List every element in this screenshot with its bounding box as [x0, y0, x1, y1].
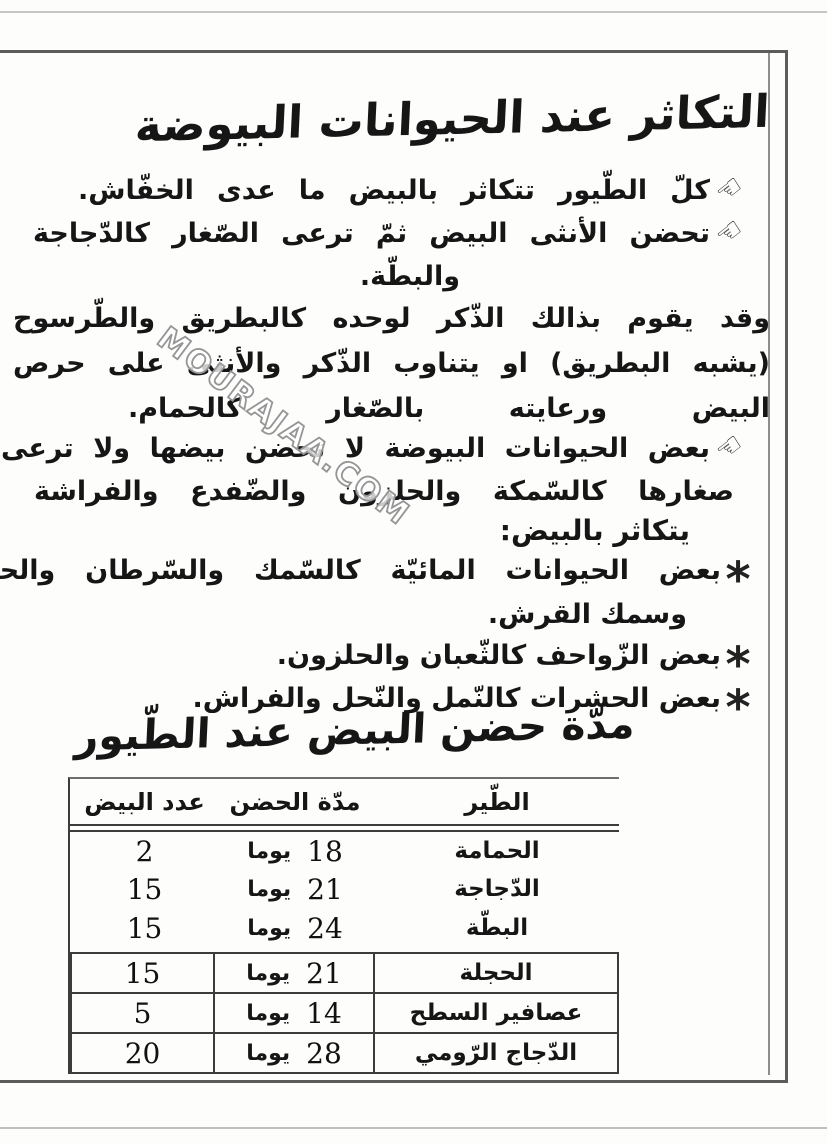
egg-count-value: 2 [136, 835, 154, 868]
asterisk-bullet-icon: * [721, 562, 755, 598]
duration-value: 18 [307, 835, 343, 868]
incubation-table: الطّير مدّة الحضن عدد البيض الحمامة 18 ي… [68, 777, 619, 1074]
paragraph-male-line1: وقد يقوم بذالك الذّكر لوحده كالبطريق وال… [13, 301, 770, 337]
cell-egg-count: 15 [72, 954, 213, 992]
egg-count-value: 5 [134, 997, 152, 1030]
cell-egg-count: 2 [74, 832, 215, 870]
cell-duration: 14 يوما [213, 994, 373, 1032]
cell-bird: البطّة [375, 908, 619, 948]
cell-bird: عصافير السطح [373, 994, 617, 1032]
duration-value: 14 [306, 997, 342, 1030]
bullet-point-no-care: ☜ بعض الحيوانات البيوضة لا تحضن بيضها ول… [1, 431, 748, 467]
duration-value: 24 [307, 912, 343, 945]
scan-edge-bottom [0, 1127, 827, 1129]
star-point-text: بعض الحيوانات المائيّة كالسّمك والسّرطان… [0, 553, 721, 589]
egg-count-value: 15 [127, 912, 163, 945]
bullet-point-birds: ☜ كلّ الطّيور تتكاثر بالبيض ما عدى الخفّ… [78, 173, 748, 209]
cell-egg-count: 15 [74, 870, 215, 908]
cell-duration: 24 يوما [215, 908, 375, 948]
cell-egg-count: 20 [72, 1034, 213, 1072]
duration-unit: يوما [246, 1041, 290, 1066]
table-row: عصافير السطح 14 يوما 5 [72, 994, 617, 1034]
cell-egg-count: 5 [72, 994, 213, 1032]
duration-value: 21 [306, 957, 342, 990]
cell-bird: الحمامة [375, 832, 619, 870]
subheading-reproduce-by-eggs: يتكاثر بالبيض: [500, 513, 690, 549]
duration-unit: يوما [246, 961, 290, 986]
cell-bird: الدّجاج الرّومي [373, 1034, 617, 1072]
table-row: البطّة 24 يوما 15 [70, 908, 619, 948]
cell-egg-count: 15 [74, 908, 215, 948]
asterisk-bullet-icon: * [721, 690, 755, 726]
table-header-row: الطّير مدّة الحضن عدد البيض [70, 779, 619, 826]
cell-duration: 21 يوما [215, 870, 375, 908]
header-duration: مدّة الحضن [215, 779, 375, 824]
star-point-reptiles: * بعض الزّواحف كالثّعبان والحلزون. [277, 638, 755, 674]
star-point-aquatic-continuation: وسمك القرش. [488, 597, 687, 633]
bullet-point-text: كلّ الطّيور تتكاثر بالبيض ما عدى الخفّاش… [78, 173, 710, 209]
duration-unit: يوما [246, 1001, 290, 1026]
paragraph-male-line2: (يشبه البطريق) او يتناوب الذّكر والأنثى … [13, 346, 770, 382]
duration-unit: يوما [247, 916, 291, 941]
duration-unit: يوما [247, 877, 291, 902]
header-bird: الطّير [375, 779, 619, 824]
star-point-aquatic: * بعض الحيوانات المائيّة كالسّمك والسّرط… [0, 553, 755, 589]
egg-count-value: 15 [127, 873, 163, 906]
table-row: الدّجاجة 21 يوما 15 [70, 870, 619, 908]
duration-value: 21 [307, 873, 343, 906]
cell-duration: 18 يوما [215, 832, 375, 870]
duration-unit: يوما [247, 839, 291, 864]
cell-duration: 28 يوما [213, 1034, 373, 1072]
duration-value: 28 [306, 1037, 342, 1070]
bullet-point-continuation: والبطّة. [360, 259, 460, 295]
asterisk-bullet-icon: * [721, 647, 755, 683]
table-row: الحجلة 21 يوما 15 [72, 954, 617, 994]
cell-bird: الدّجاجة [375, 870, 619, 908]
cell-duration: 21 يوما [213, 954, 373, 992]
table-bottom-section: الحجلة 21 يوما 15 عصافير السطح 14 يوما 5… [70, 952, 619, 1074]
scanned-document-page: { "watermark": "MOURAJAA.COM", "icons": … [0, 0, 827, 1144]
egg-count-value: 20 [125, 1037, 161, 1070]
table-row: الدّجاج الرّومي 28 يوما 20 [72, 1034, 617, 1072]
cell-bird: الحجلة [373, 954, 617, 992]
page-border-frame-inner-line [768, 53, 770, 1075]
header-egg-count: عدد البيض [74, 779, 215, 824]
bullet-point-text: تحضن الأنثى البيض ثمّ ترعى الصّغار كالدّ… [33, 216, 710, 252]
table-top-section: الحمامة 18 يوما 2 الدّجاجة 21 يوما 15 ال… [70, 832, 619, 948]
table-row: الحمامة 18 يوما 2 [70, 832, 619, 870]
egg-count-value: 15 [125, 957, 161, 990]
scan-edge-top [0, 11, 827, 13]
star-point-text: بعض الزّواحف كالثّعبان والحلزون. [277, 638, 721, 674]
bullet-point-female-incubates: ☜ تحضن الأنثى البيض ثمّ ترعى الصّغار كال… [33, 216, 748, 252]
